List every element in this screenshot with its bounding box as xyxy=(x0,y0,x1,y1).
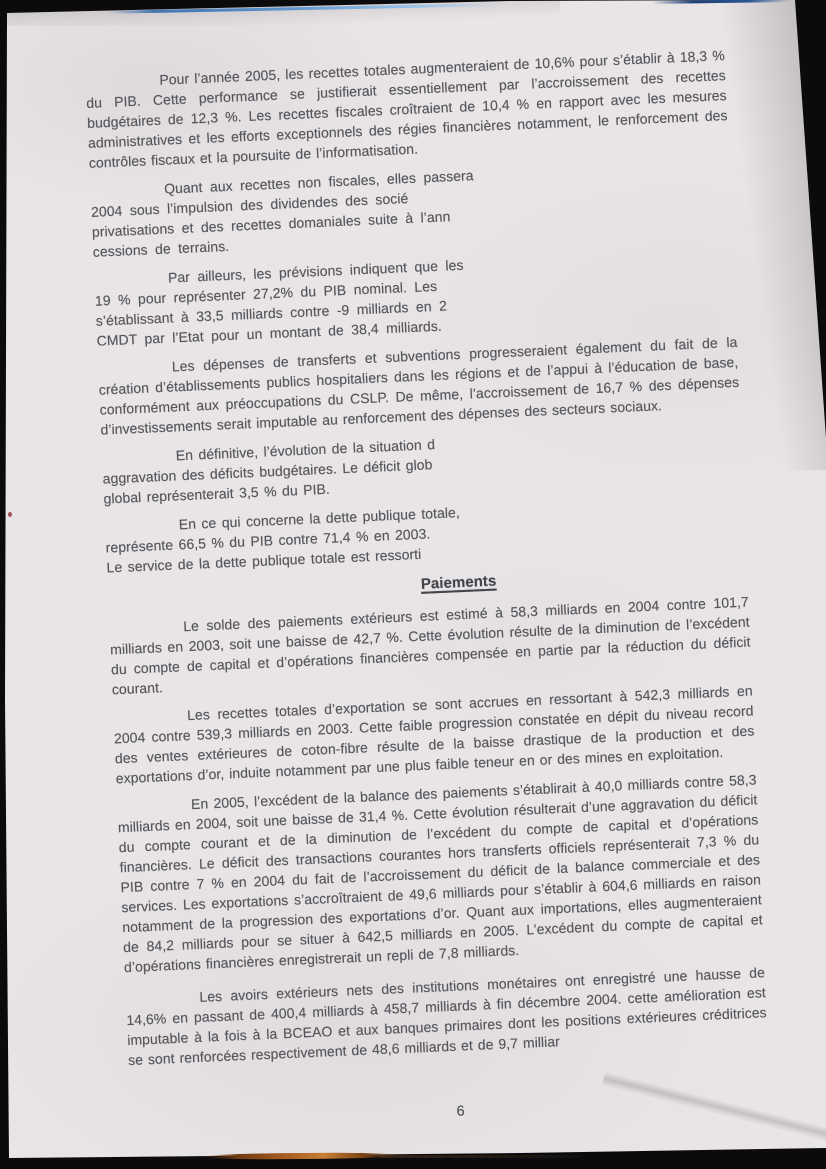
paragraph-depenses-transferts: Les dépenses de transferts et subvention… xyxy=(98,332,741,440)
ink-speck xyxy=(8,512,12,517)
section-heading-label: Paiements xyxy=(417,572,501,593)
paragraph-balance-2005: En 2005, l’excédent de la balance des pa… xyxy=(117,769,764,977)
page-number: 6 xyxy=(131,1088,771,1136)
scan-smear-tail xyxy=(380,1155,580,1158)
paper-sheet: Pour l’année 2005, les recettes totales … xyxy=(0,0,826,1169)
paragraph-recettes-exportation: Les recettes totales d’exportation se so… xyxy=(113,680,756,788)
paragraph-recettes-2005: Pour l’année 2005, les recettes totales … xyxy=(85,45,729,173)
scanned-document: Pour l’année 2005, les recettes totales … xyxy=(0,0,826,1169)
scan-smear-orange xyxy=(203,1152,398,1160)
paragraph-recettes-non-fiscales: Quant aux recettes non fiscales, elles p… xyxy=(90,154,733,262)
page-text-block: Pour l’année 2005, les recettes totales … xyxy=(85,45,771,1136)
paragraph-avoirs-exterieurs: Les avoirs extérieurs nets des instituti… xyxy=(125,962,768,1070)
paragraph-previsions: Par ailleurs, les prévisions indiquent q… xyxy=(94,243,737,351)
paragraph-solde-paiements: Le solde des paiements extérieurs est es… xyxy=(109,592,752,700)
